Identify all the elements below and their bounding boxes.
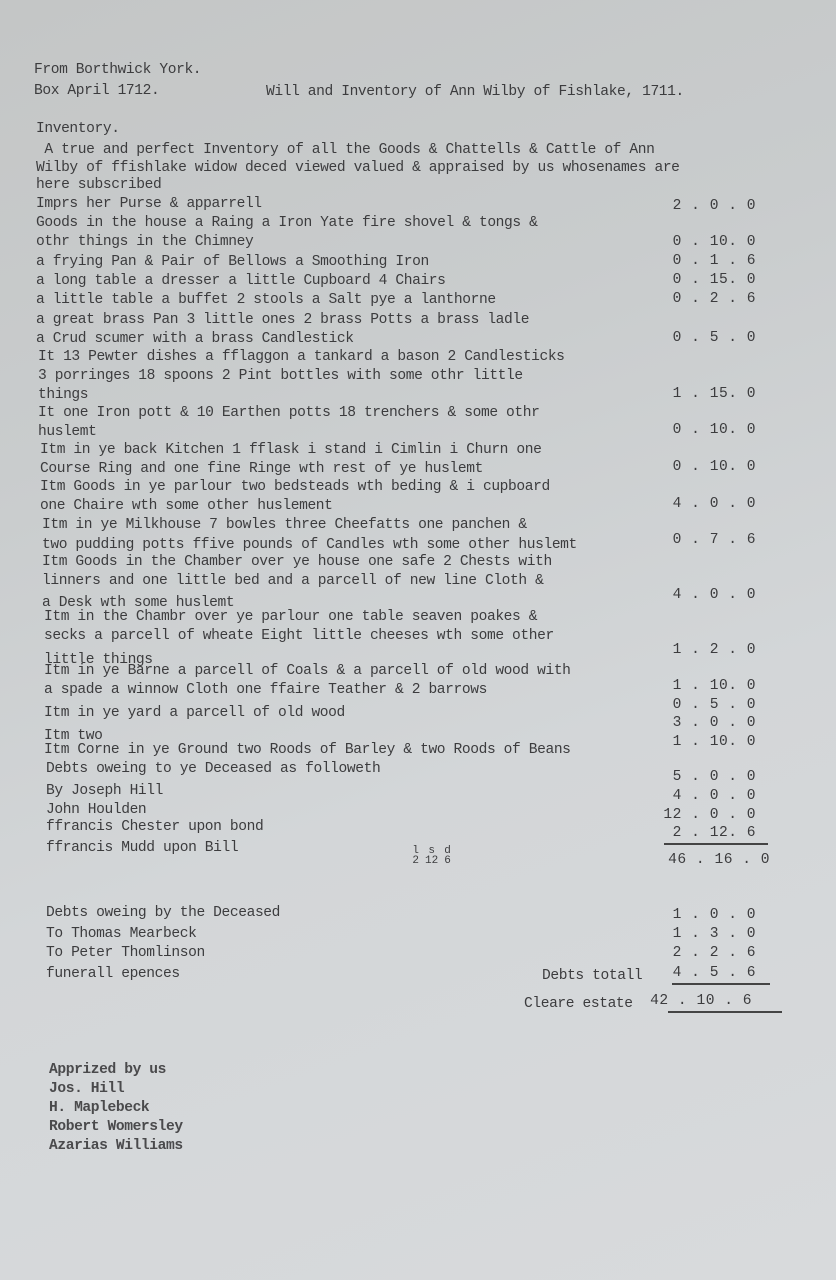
item-text: Course Ring and one fine Ringe wth rest … [40,460,483,478]
intro-line: here subscribed [36,176,161,194]
item-text: Itm in ye Milkhouse 7 bowles three Cheef… [42,516,527,534]
item-text: a great brass Pan 3 little ones 2 brass … [36,311,529,329]
appraisers-heading: Apprized by us [49,1061,166,1079]
item-text: Itm Goods in ye parlour two bedsteads wt… [40,478,550,496]
appraiser-name: H. Maplebeck [49,1099,149,1117]
debtor-name: By Joseph Hill [46,782,163,800]
clear-estate-label: Cleare estate [524,995,633,1013]
clear-estate-value: 42 . 10 . 6 [650,992,752,1010]
item-text: othr things in the Chimney [36,233,253,251]
item-value: 2 . 0 . 0 [673,197,756,215]
typed-document-page: From Borthwick York. Box April 1712. Wil… [0,0,836,1280]
item-text: one Chaire wth some other huslement [40,497,333,515]
debtor-name: ffrancis Mudd upon Bill [46,839,238,857]
item-text: a long table a dresser a little Cupboard… [36,272,446,290]
debt-value: 12 . 0 . 0 [663,806,756,824]
debts-owed-to-heading: Debts oweing to ye Deceased as followeth [46,760,380,778]
item-text: Goods in the house a Raing a Iron Yate f… [36,214,537,232]
item-text: a Crud scumer with a brass Candlestick [36,330,354,348]
inventory-heading: Inventory. [36,120,120,138]
item-text: a frying Pan & Pair of Bellows a Smoothi… [36,253,429,271]
debts-owed-by-heading: Debts oweing by the Deceased [46,904,280,922]
debt-value: 4 . 0 . 0 [673,787,756,805]
item-value: 1 . 15. 0 [673,385,756,403]
liability-value: 1 . 3 . 0 [673,925,756,943]
item-value: 0 . 10. 0 [673,421,756,439]
item-value: 1 . 10. 0 [673,733,756,751]
item-value: 0 . 5 . 0 [673,696,756,714]
item-text: It one Iron pott & 10 Earthen potts 18 t… [38,404,539,422]
item-value: 0 . 10. 0 [673,458,756,476]
debtor-name: John Houlden [46,801,146,819]
item-text: Itm in ye yard a parcell of old wood [44,704,345,722]
item-text: Itm in ye Barne a parcell of Coals & a p… [44,662,571,680]
item-text: two pudding potts ffive pounds of Candle… [42,536,577,554]
creditor-name: To Peter Thomlinson [46,944,205,962]
intro-line: A true and perfect Inventory of all the … [36,141,654,159]
item-value: 0 . 10. 0 [673,233,756,251]
item-value: 0 . 5 . 0 [673,329,756,347]
item-text: a little table a buffet 2 stools a Salt … [36,291,496,309]
creditor-name: To Thomas Mearbeck [46,925,196,943]
item-text: Imprs her Purse & apparrell [36,195,262,213]
item-text: Itm in the Chambr over ye parlour one ta… [44,608,537,626]
item-value: 1 . 2 . 0 [673,641,756,659]
box-line: Box April 1712. [34,82,159,100]
item-value: 0 . 1 . 6 [673,252,756,270]
appraiser-name: Robert Womersley [49,1118,183,1136]
item-text: 3 porringes 18 spoons 2 Pint bottles wit… [38,367,523,385]
item-value: 0 . 2 . 6 [673,290,756,308]
source-line: From Borthwick York. [34,61,201,79]
item-text: linners and one little bed and a parcell… [42,572,543,590]
assets-total: 46 . 16 . 0 [668,851,770,869]
item-text: It 13 Pewter dishes a fflaggon a tankard… [38,348,565,366]
document-title: Will and Inventory of Ann Wilby of Fishl… [266,83,684,101]
liability-value: 2 . 2 . 6 [673,944,756,962]
item-value: 0 . 15. 0 [673,271,756,289]
debts-total-label: Debts totall [542,967,642,985]
item-value: 4 . 0 . 0 [673,495,756,513]
currency-fraction-note: l2s12d6 [386,836,457,876]
item-text: Itm in ye back Kitchen 1 fflask i stand … [40,441,541,459]
creditor-name: funerall epences [46,965,180,983]
item-value: 4 . 0 . 0 [673,586,756,604]
debts-total-value: 4 . 5 . 6 [673,964,756,982]
item-text: Itm Goods in the Chamber over ye house o… [42,553,552,571]
item-text: Itm Corne in ye Ground two Roods of Barl… [44,741,571,759]
liability-value: 1 . 0 . 0 [673,906,756,924]
item-value: 0 . 7 . 6 [673,531,756,549]
clear-estate-underline [668,1011,782,1013]
debts-total-underline [672,983,770,985]
item-value: 3 . 0 . 0 [673,714,756,732]
item-text: huslemt [38,423,97,441]
item-text: things [38,386,88,404]
item-text: a spade a winnow Cloth one ffaire Teathe… [44,681,487,699]
item-value: 1 . 10. 0 [673,677,756,695]
debtor-name: ffrancis Chester upon bond [46,818,263,836]
appraiser-name: Azarias Williams [49,1137,183,1155]
item-text: secks a parcell of wheate Eight little c… [44,627,554,645]
appraiser-name: Jos. Hill [49,1080,124,1098]
sum-underline [664,843,768,845]
debt-value: 5 . 0 . 0 [673,768,756,786]
debt-value: 2 . 12. 6 [673,824,756,842]
intro-line: Wilby of ffishlake widow deced viewed va… [36,159,680,177]
